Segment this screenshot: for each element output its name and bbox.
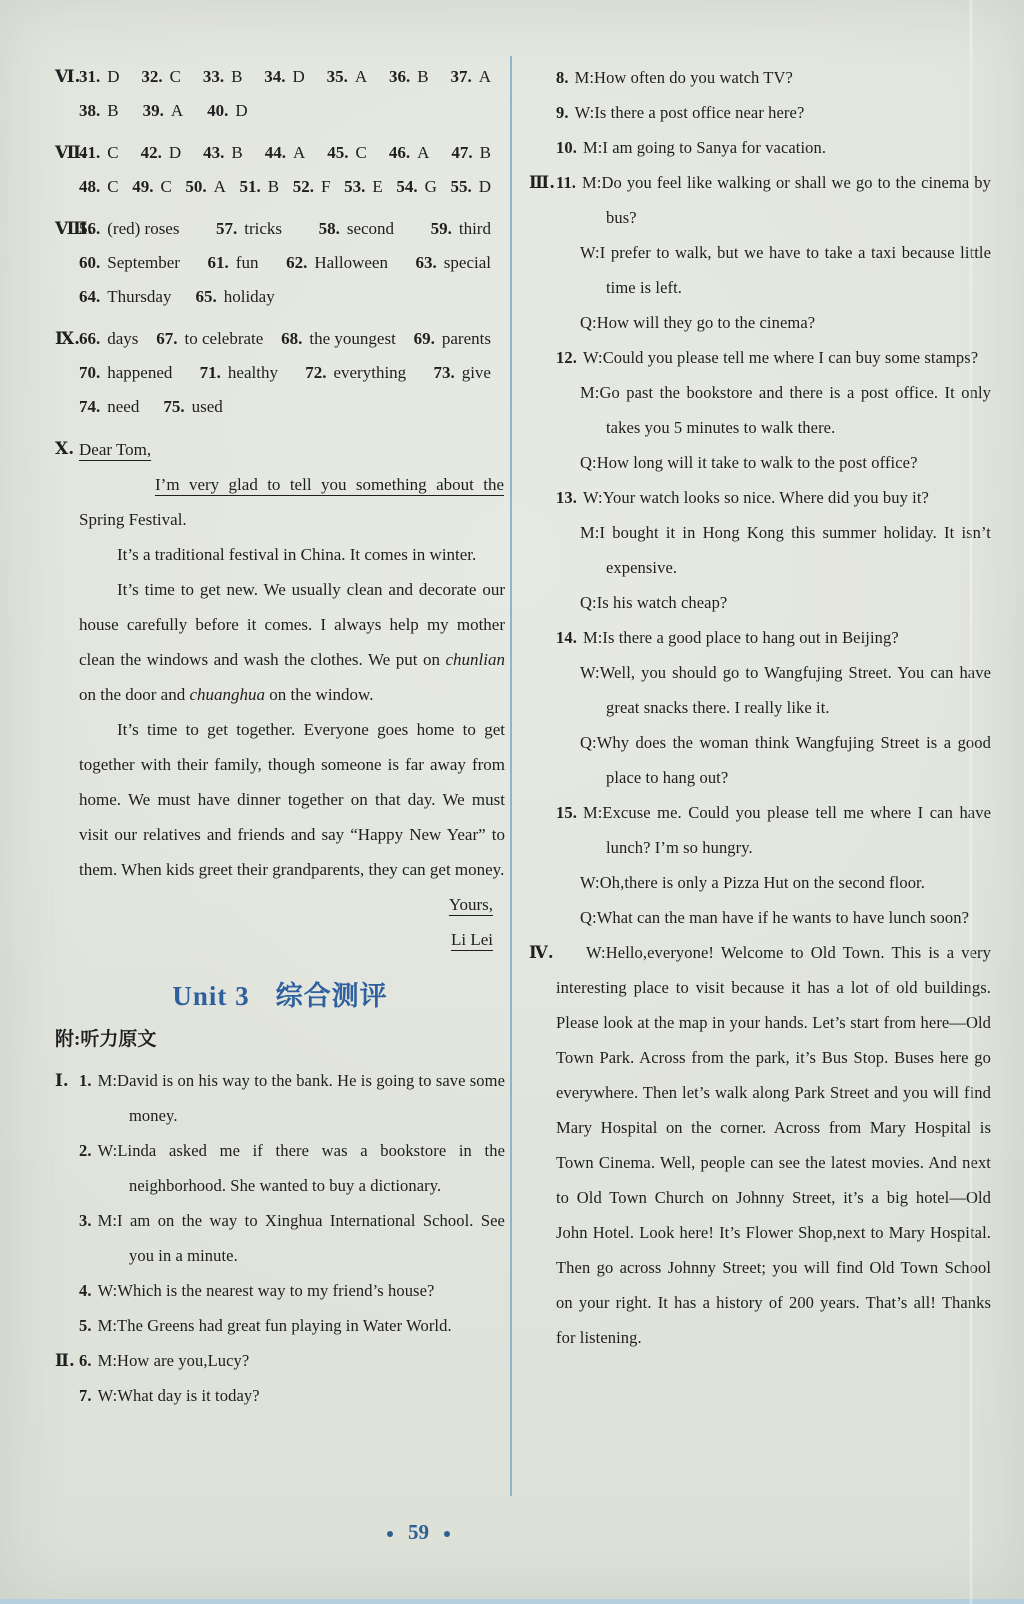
transcript-line: Q:How will they go to the cinema? bbox=[556, 305, 991, 340]
section-marker: Ⅷ. bbox=[55, 212, 93, 246]
speaker-label: W: bbox=[583, 488, 603, 507]
speaker-label: M: bbox=[580, 523, 599, 542]
speaker-label: W: bbox=[580, 873, 600, 892]
answer-pair: 74.need bbox=[79, 390, 139, 424]
transcript-line: Ⅱ.6.M:How are you,Lucy? bbox=[79, 1343, 505, 1378]
line-number: 13. bbox=[556, 488, 577, 507]
answer-line: 41.C42.D43.B44.A45.C46.A47.B bbox=[79, 136, 491, 170]
answer-value: tricks bbox=[244, 219, 282, 238]
transcript-right: 8.M:How often do you watch TV?9.W:Is the… bbox=[556, 60, 991, 935]
answer-pair: 39.A bbox=[143, 94, 184, 128]
letter-lead-rest: Spring Festival. bbox=[79, 510, 187, 529]
transcript-line: W:Well, you should go to Wangfujing Stre… bbox=[556, 655, 991, 725]
answer-line: 31.D32.C33.B34.D35.A36.B37.A bbox=[79, 60, 491, 94]
transcript-left: Ⅰ.1.M:David is on his way to the bank. H… bbox=[79, 1063, 505, 1413]
transcript-line: 12.W:Could you please tell me where I ca… bbox=[556, 340, 991, 375]
answer-value: special bbox=[444, 253, 491, 272]
answer-value: B bbox=[417, 67, 428, 86]
speaker-label: W: bbox=[583, 348, 603, 367]
letter-paragraph-2-text: on the window. bbox=[265, 685, 373, 704]
answer-line: 70.happened71.healthy72.everything73.giv… bbox=[79, 356, 491, 390]
answer-section: Ⅶ.41.C42.D43.B44.A45.C46.A47.B48.C49.C50… bbox=[55, 136, 505, 204]
passage-text: Hello,everyone! Welcome to Old Town. Thi… bbox=[556, 943, 991, 1347]
answer-pair: 56.(red) roses bbox=[79, 212, 179, 246]
letter-paragraph-2-text: It’s time to get new. We usually clean a… bbox=[79, 580, 505, 669]
footer-dot-right bbox=[444, 1531, 450, 1537]
transcript-line: Q:How long will it take to walk to the p… bbox=[556, 445, 991, 480]
answer-pair: 62.Halloween bbox=[286, 246, 388, 280]
line-text: How long will it take to walk to the pos… bbox=[597, 453, 918, 472]
letter-paragraph-2-text: on the door and bbox=[79, 685, 189, 704]
answer-value: parents bbox=[442, 329, 491, 348]
line-text: Go past the bookstore and there is a pos… bbox=[599, 383, 991, 437]
answer-number: 31. bbox=[79, 67, 100, 86]
speaker-label: W: bbox=[580, 243, 600, 262]
answer-value: give bbox=[462, 363, 491, 382]
answer-value: A bbox=[293, 143, 305, 162]
answer-line: 38.B39.A40.D bbox=[79, 94, 491, 128]
answer-number: 43. bbox=[203, 143, 224, 162]
answer-pair: 66.days bbox=[79, 322, 138, 356]
transcript-line: 9.W:Is there a post office near here? bbox=[556, 95, 991, 130]
section-marker-iv: Ⅳ. bbox=[529, 935, 554, 970]
line-number: 15. bbox=[556, 803, 577, 822]
answer-pair: 58.second bbox=[319, 212, 394, 246]
answer-number: 44. bbox=[265, 143, 286, 162]
speaker-label: M: bbox=[583, 138, 602, 157]
speaker-label: Q: bbox=[580, 313, 597, 332]
answer-value: D bbox=[107, 67, 119, 86]
answer-value: C bbox=[107, 177, 118, 196]
speaker-label: W: bbox=[575, 103, 595, 122]
answer-number: 68. bbox=[281, 329, 302, 348]
transcript-line: Ⅲ.11.M:Do you feel like walking or shall… bbox=[556, 165, 991, 235]
answer-value: the youngest bbox=[309, 329, 395, 348]
answer-value: D bbox=[235, 101, 247, 120]
answer-pair: 52.F bbox=[293, 170, 331, 204]
speaker-label: Q: bbox=[580, 593, 597, 612]
letter-lead-paragraph: I’m very glad to tell you something abou… bbox=[79, 467, 505, 537]
speaker-label: W: bbox=[98, 1281, 118, 1300]
answer-line: 64.Thursday65.holiday bbox=[79, 280, 491, 314]
answer-pair: 53.E bbox=[344, 170, 383, 204]
speaker-label: M: bbox=[98, 1316, 117, 1335]
italic-term-chuanghua: chuanghua bbox=[189, 685, 265, 704]
answer-pair: 32.C bbox=[141, 60, 181, 94]
answer-pair: 48.C bbox=[79, 170, 119, 204]
answer-value: healthy bbox=[228, 363, 278, 382]
answer-pair: 34.D bbox=[264, 60, 305, 94]
answer-value: (red) roses bbox=[107, 219, 179, 238]
column-divider bbox=[510, 56, 512, 1496]
answer-value: A bbox=[417, 143, 429, 162]
answer-section: Ⅸ.66.days67.to celebrate68.the youngest6… bbox=[55, 322, 505, 424]
answer-value: to celebrate bbox=[185, 329, 264, 348]
answer-number: 46. bbox=[389, 143, 410, 162]
speaker-label: M: bbox=[98, 1211, 117, 1230]
answer-number: 35. bbox=[327, 67, 348, 86]
transcript-line: 10.M:I am going to Sanya for vacation. bbox=[556, 130, 991, 165]
answer-pair: 68.the youngest bbox=[281, 322, 396, 356]
answer-pair: 35.A bbox=[327, 60, 368, 94]
speaker-label: W: bbox=[586, 943, 606, 962]
letter-paragraph-2: It’s time to get new. We usually clean a… bbox=[79, 572, 505, 712]
answer-pair: 31.D bbox=[79, 60, 120, 94]
answer-value: C bbox=[107, 143, 118, 162]
answer-value: G bbox=[425, 177, 437, 196]
answer-line: 48.C49.C50.A51.B52.F53.E54.G55.D bbox=[79, 170, 491, 204]
section-marker: Ⅲ. bbox=[529, 165, 555, 200]
unit-title-cn: 综合测评 bbox=[276, 981, 388, 1011]
answer-pair: 54.G bbox=[396, 170, 437, 204]
answer-number: 32. bbox=[141, 67, 162, 86]
speaker-label: Q: bbox=[580, 733, 597, 752]
answer-value: Thursday bbox=[107, 287, 171, 306]
line-number: 6. bbox=[79, 1351, 92, 1370]
line-text: I bought it in Hong Kong this summer hol… bbox=[599, 523, 991, 577]
answer-line: 66.days67.to celebrate68.the youngest69.… bbox=[79, 322, 491, 356]
answer-pair: 45.C bbox=[327, 136, 367, 170]
answer-number: 55. bbox=[450, 177, 471, 196]
answer-line: 60.September61.fun62.Halloween63.special bbox=[79, 246, 491, 280]
answer-number: 70. bbox=[79, 363, 100, 382]
line-number: 9. bbox=[556, 103, 569, 122]
model-essay-letter: Ⅹ. Dear Tom, I’m very glad to tell you s… bbox=[79, 432, 505, 957]
answer-number: 69. bbox=[414, 329, 435, 348]
section-marker: Ⅱ. bbox=[55, 1343, 75, 1378]
speaker-label: W: bbox=[580, 663, 600, 682]
line-text: Could you please tell me where I can buy… bbox=[603, 348, 979, 367]
line-text: Well, you should go to Wangfujing Street… bbox=[600, 663, 991, 717]
answer-number: 67. bbox=[156, 329, 177, 348]
section-marker: Ⅵ. bbox=[55, 60, 80, 94]
answer-value: B bbox=[107, 101, 118, 120]
transcript-passage-iv: Ⅳ.W:Hello,everyone! Welcome to Old Town.… bbox=[556, 935, 991, 1355]
answer-value: D bbox=[293, 67, 305, 86]
transcript-line: 8.M:How often do you watch TV? bbox=[556, 60, 991, 95]
line-text: Is there a post office near here? bbox=[594, 103, 804, 122]
answer-number: 42. bbox=[141, 143, 162, 162]
answer-number: 59. bbox=[431, 219, 452, 238]
line-number: 8. bbox=[556, 68, 569, 87]
speaker-label: M: bbox=[583, 628, 602, 647]
speaker-label: M: bbox=[575, 68, 594, 87]
answer-pair: 73.give bbox=[433, 356, 491, 390]
speaker-label: Q: bbox=[580, 453, 597, 472]
letter-paragraph-3: It’s time to get together. Everyone goes… bbox=[79, 712, 505, 887]
answer-number: 66. bbox=[79, 329, 100, 348]
line-text: What can the man have if he wants to hav… bbox=[597, 908, 969, 927]
answer-number: 40. bbox=[207, 101, 228, 120]
answer-number: 61. bbox=[208, 253, 229, 272]
answer-number: 47. bbox=[451, 143, 472, 162]
line-text: Is his watch cheap? bbox=[597, 593, 728, 612]
answer-value: B bbox=[480, 143, 491, 162]
transcript-line: 5.M:The Greens had great fun playing in … bbox=[79, 1308, 505, 1343]
line-text: What day is it today? bbox=[117, 1386, 259, 1405]
line-text: Which is the nearest way to my friend’s … bbox=[117, 1281, 434, 1300]
speaker-label: M: bbox=[98, 1351, 117, 1370]
answer-value: second bbox=[347, 219, 394, 238]
answer-pair: 46.A bbox=[389, 136, 430, 170]
italic-term-chunlian: chunlian bbox=[446, 650, 506, 669]
line-text: Is there a good place to hang out in Bei… bbox=[602, 628, 898, 647]
answer-value: D bbox=[169, 143, 181, 162]
transcript-line: W:Oh,there is only a Pizza Hut on the se… bbox=[556, 865, 991, 900]
speaker-label: W: bbox=[98, 1386, 118, 1405]
unit-number: Unit 3 bbox=[172, 981, 249, 1011]
line-text: I am going to Sanya for vacation. bbox=[602, 138, 826, 157]
speaker-label: Q: bbox=[580, 908, 597, 927]
line-number: 4. bbox=[79, 1281, 92, 1300]
section-marker-x: Ⅹ. bbox=[55, 432, 74, 467]
line-text: Your watch looks so nice. Where did you … bbox=[603, 488, 929, 507]
speaker-label: M: bbox=[583, 803, 602, 822]
letter-underlined-line: I’m very glad to tell you something abou… bbox=[117, 467, 504, 502]
line-text: Do you feel like walking or shall we go … bbox=[601, 173, 991, 227]
answer-pair: 38.B bbox=[79, 94, 119, 128]
answer-number: 50. bbox=[185, 177, 206, 196]
speaker-label: W: bbox=[98, 1141, 118, 1160]
answer-value: C bbox=[160, 177, 171, 196]
answer-value: happened bbox=[107, 363, 172, 382]
transcript-line: 3.M:I am on the way to Xinghua Internati… bbox=[79, 1203, 505, 1273]
transcript-line: 2.W:Linda asked me if there was a bookst… bbox=[79, 1133, 505, 1203]
line-number: 5. bbox=[79, 1316, 92, 1335]
transcript-line: Ⅰ.1.M:David is on his way to the bank. H… bbox=[79, 1063, 505, 1133]
line-text: Excuse me. Could you please tell me wher… bbox=[602, 803, 991, 857]
answer-number: 75. bbox=[163, 397, 184, 416]
footer-dot-left bbox=[387, 1531, 393, 1537]
answer-value: days bbox=[107, 329, 138, 348]
line-text: How will they go to the cinema? bbox=[597, 313, 815, 332]
line-text: The Greens had great fun playing in Wate… bbox=[117, 1316, 452, 1335]
answer-pair: 64.Thursday bbox=[79, 280, 171, 314]
answer-pair: 44.A bbox=[265, 136, 306, 170]
letter-signature: Li Lei bbox=[79, 922, 505, 957]
transcript-line: 14.M:Is there a good place to hang out i… bbox=[556, 620, 991, 655]
answer-value: A bbox=[479, 67, 491, 86]
answer-value: fun bbox=[236, 253, 259, 272]
answer-value: E bbox=[372, 177, 382, 196]
answer-value: A bbox=[171, 101, 183, 120]
answer-number: 54. bbox=[396, 177, 417, 196]
line-number: 12. bbox=[556, 348, 577, 367]
answer-pair: 59.third bbox=[431, 212, 491, 246]
answer-number: 33. bbox=[203, 67, 224, 86]
answer-value: C bbox=[170, 67, 181, 86]
section-marker: Ⅸ. bbox=[55, 322, 80, 356]
transcript-line: Q:What can the man have if he wants to h… bbox=[556, 900, 991, 935]
line-number: 2. bbox=[79, 1141, 92, 1160]
answer-number: 48. bbox=[79, 177, 100, 196]
answer-line: 74.need75.used bbox=[79, 390, 491, 424]
answer-pair: 63.special bbox=[416, 246, 491, 280]
line-text: Why does the woman think Wangfujing Stre… bbox=[597, 733, 991, 787]
answer-value: A bbox=[214, 177, 226, 196]
answer-number: 45. bbox=[327, 143, 348, 162]
answer-key-sections: Ⅵ.31.D32.C33.B34.D35.A36.B37.A38.B39.A40… bbox=[55, 60, 505, 424]
right-column: 8.M:How often do you watch TV?9.W:Is the… bbox=[553, 60, 991, 1355]
answer-number: 51. bbox=[240, 177, 261, 196]
answer-pair: 36.B bbox=[389, 60, 429, 94]
answer-number: 53. bbox=[344, 177, 365, 196]
answer-number: 57. bbox=[216, 219, 237, 238]
answer-number: 37. bbox=[450, 67, 471, 86]
page-footer: 59 bbox=[387, 1520, 450, 1545]
transcript-line: Q:Why does the woman think Wangfujing St… bbox=[556, 725, 991, 795]
transcript-line: 13.W:Your watch looks so nice. Where did… bbox=[556, 480, 991, 515]
answer-value: C bbox=[356, 143, 367, 162]
answer-number: 72. bbox=[305, 363, 326, 382]
answer-pair: 43.B bbox=[203, 136, 243, 170]
answer-value: everything bbox=[333, 363, 406, 382]
answer-value: September bbox=[107, 253, 180, 272]
answer-pair: 50.A bbox=[185, 170, 226, 204]
answer-value: B bbox=[231, 67, 242, 86]
line-number: 14. bbox=[556, 628, 577, 647]
answer-number: 71. bbox=[200, 363, 221, 382]
answer-number: 52. bbox=[293, 177, 314, 196]
transcript-line: 7.W:What day is it today? bbox=[79, 1378, 505, 1413]
section-marker: Ⅶ. bbox=[55, 136, 87, 170]
transcript-line: Q:Is his watch cheap? bbox=[556, 585, 991, 620]
answer-number: 64. bbox=[79, 287, 100, 306]
answer-number: 34. bbox=[264, 67, 285, 86]
unit-heading: Unit 3综合测评 bbox=[55, 974, 505, 1013]
section-marker: Ⅰ. bbox=[55, 1063, 69, 1098]
answer-pair: 70.happened bbox=[79, 356, 172, 390]
answer-number: 63. bbox=[416, 253, 437, 272]
speaker-label: M: bbox=[580, 383, 599, 402]
answer-pair: 65.holiday bbox=[195, 280, 274, 314]
transcript-line: M:Go past the bookstore and there is a p… bbox=[556, 375, 991, 445]
answer-number: 62. bbox=[286, 253, 307, 272]
answer-section: Ⅵ.31.D32.C33.B34.D35.A36.B37.A38.B39.A40… bbox=[55, 60, 505, 128]
letter-salutation-row: Dear Tom, bbox=[79, 432, 505, 467]
left-column: Ⅵ.31.D32.C33.B34.D35.A36.B37.A38.B39.A40… bbox=[55, 60, 505, 1413]
answer-number: 65. bbox=[195, 287, 216, 306]
answer-number: 60. bbox=[79, 253, 100, 272]
answer-pair: 75.used bbox=[163, 390, 222, 424]
answer-pair: 33.B bbox=[203, 60, 243, 94]
transcript-line: W:I prefer to walk, but we have to take … bbox=[556, 235, 991, 305]
line-text: How are you,Lucy? bbox=[117, 1351, 249, 1370]
line-text: Oh,there is only a Pizza Hut on the seco… bbox=[600, 873, 925, 892]
answer-value: D bbox=[479, 177, 491, 196]
line-text: How often do you watch TV? bbox=[594, 68, 793, 87]
answer-pair: 51.B bbox=[240, 170, 280, 204]
line-number: 11. bbox=[556, 173, 576, 192]
answer-value: Halloween bbox=[314, 253, 388, 272]
answer-pair: 49.C bbox=[132, 170, 172, 204]
line-text: Linda asked me if there was a bookstore … bbox=[117, 1141, 505, 1195]
line-number: 1. bbox=[79, 1071, 92, 1090]
answer-number: 74. bbox=[79, 397, 100, 416]
letter-paragraph-1: It’s a traditional festival in China. It… bbox=[79, 537, 505, 572]
line-number: 10. bbox=[556, 138, 577, 157]
answer-number: 73. bbox=[433, 363, 454, 382]
answer-pair: 42.D bbox=[141, 136, 182, 170]
line-number: 7. bbox=[79, 1386, 92, 1405]
answer-pair: 55.D bbox=[450, 170, 491, 204]
answer-value: B bbox=[231, 143, 242, 162]
answer-pair: 72.everything bbox=[305, 356, 406, 390]
answer-number: 49. bbox=[132, 177, 153, 196]
answer-pair: 37.A bbox=[450, 60, 491, 94]
answer-value: B bbox=[268, 177, 279, 196]
answer-number: 36. bbox=[389, 67, 410, 86]
line-number: 3. bbox=[79, 1211, 92, 1230]
listening-transcript-label: 附:听力原文 bbox=[55, 1025, 505, 1055]
letter-closing: Yours, bbox=[79, 887, 505, 922]
answer-value: used bbox=[192, 397, 223, 416]
line-text: I prefer to walk, but we have to take a … bbox=[600, 243, 991, 297]
answer-pair: 69.parents bbox=[414, 322, 491, 356]
answer-pair: 47.B bbox=[451, 136, 491, 170]
transcript-line: M:I bought it in Hong Kong this summer h… bbox=[556, 515, 991, 585]
answer-pair: 40.D bbox=[207, 94, 248, 128]
speaker-label: M: bbox=[582, 173, 601, 192]
transcript-line: 4.W:Which is the nearest way to my frien… bbox=[79, 1273, 505, 1308]
speaker-label: M: bbox=[98, 1071, 117, 1090]
letter-salutation: Dear Tom, bbox=[79, 440, 151, 459]
answer-line: 56.(red) roses57.tricks58.second59.third bbox=[79, 212, 491, 246]
line-text: David is on his way to the bank. He is g… bbox=[117, 1071, 505, 1125]
answer-value: third bbox=[459, 219, 491, 238]
transcript-line: 15.M:Excuse me. Could you please tell me… bbox=[556, 795, 991, 865]
answer-number: 58. bbox=[319, 219, 340, 238]
answer-value: holiday bbox=[224, 287, 275, 306]
answer-pair: 60.September bbox=[79, 246, 180, 280]
answer-pair: 67.to celebrate bbox=[156, 322, 263, 356]
answer-section: Ⅷ.56.(red) roses57.tricks58.second59.thi… bbox=[55, 212, 505, 314]
scanned-answer-page: Ⅵ.31.D32.C33.B34.D35.A36.B37.A38.B39.A40… bbox=[0, 0, 1024, 1604]
answer-value: need bbox=[107, 397, 139, 416]
answer-pair: 57.tricks bbox=[216, 212, 282, 246]
answer-number: 38. bbox=[79, 101, 100, 120]
answer-pair: 71.healthy bbox=[200, 356, 278, 390]
answer-value: F bbox=[321, 177, 330, 196]
answer-pair: 61.fun bbox=[208, 246, 259, 280]
page-number: 59 bbox=[408, 1520, 429, 1545]
line-text: I am on the way to Xinghua International… bbox=[117, 1211, 505, 1265]
answer-value: A bbox=[355, 67, 367, 86]
bottom-rule bbox=[0, 1599, 1024, 1604]
answer-number: 39. bbox=[143, 101, 164, 120]
